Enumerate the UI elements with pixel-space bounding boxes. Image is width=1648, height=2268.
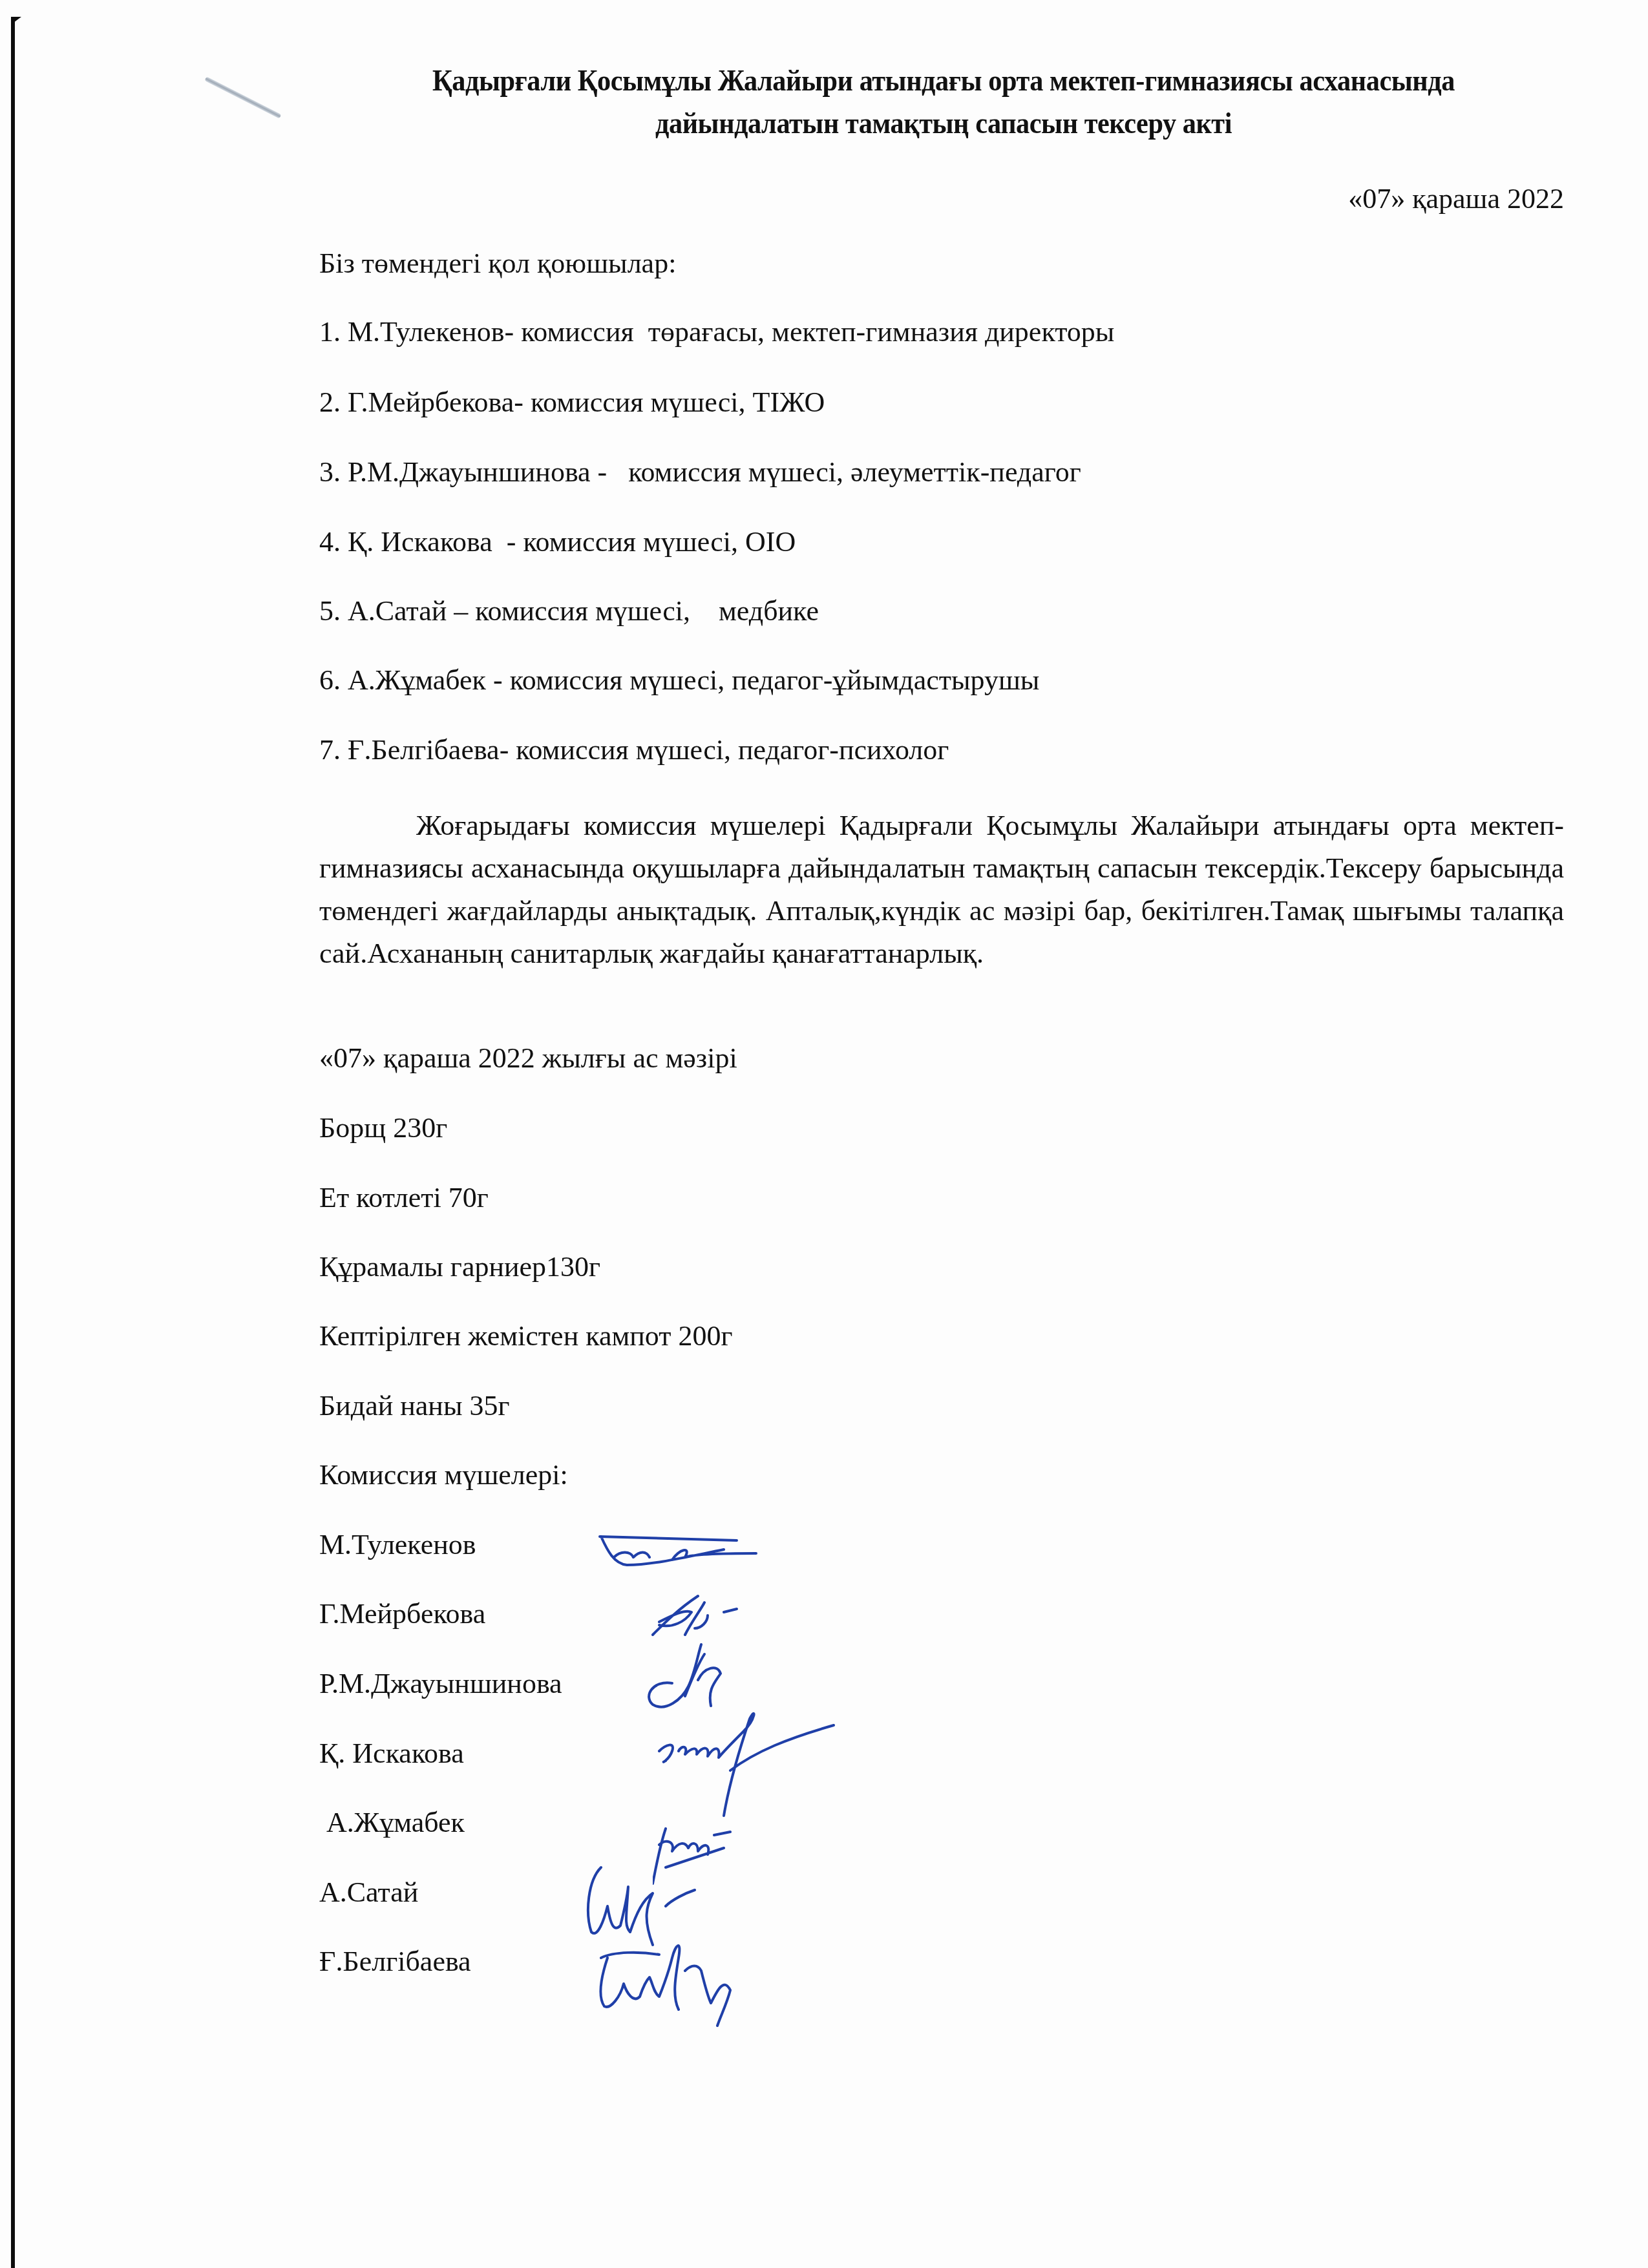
- signatory-name: Р.М.Джауыншинова: [319, 1667, 562, 1700]
- scan-border-line: [11, 18, 15, 2268]
- member-item: 7. Ғ.Белгібаева- комиссия мүшесі, педаго…: [319, 733, 949, 766]
- member-item: 2. Г.Мейрбекова- комиссия мүшесі, ТІЖО: [319, 386, 825, 419]
- menu-item: Ет котлеті 70г: [319, 1181, 489, 1214]
- scanned-page: Қадырғали Қосымұлы Жалайыри атындағы орт…: [0, 0, 1648, 2268]
- intro-text: Біз төмендегі қол қоюшылар:: [319, 247, 676, 280]
- signatures-heading: Комиссия мүшелері:: [319, 1458, 568, 1491]
- document-date: «07» қараша 2022: [1348, 182, 1564, 215]
- scan-corner-mark: [11, 17, 21, 25]
- document-title-line-1: Қадырғали Қосымұлы Жалайыри атындағы орт…: [355, 63, 1532, 98]
- member-item: 5. А.Сатай – комиссия мүшесі, медбике: [319, 594, 819, 627]
- signatory-name: Г.Мейрбекова: [319, 1597, 485, 1630]
- member-item: 4. Қ. Искакова - комиссия мүшесі, ОІО: [319, 525, 796, 558]
- menu-item: Құрамалы гарниер130г: [319, 1250, 600, 1283]
- member-item: 1. М.Тулекенов- комиссия төрағасы, мекте…: [319, 315, 1114, 348]
- signature-belgibaeva: [588, 1932, 756, 2032]
- member-item: 3. Р.М.Джауыншинова - комиссия мүшесі, ә…: [319, 456, 1081, 488]
- signature-iskakova: [646, 1706, 853, 1825]
- signature-dzhauynshinova: [637, 1635, 734, 1716]
- menu-item: Кептірілген жемістен кампот 200г: [319, 1319, 733, 1352]
- staple-icon: [204, 76, 281, 118]
- menu-item: Бидай наны 35г: [319, 1389, 510, 1422]
- member-item: 6. А.Жұмабек - комиссия мүшесі, педагог-…: [319, 664, 1039, 697]
- signatory-name: Ғ.Белгібаева: [319, 1945, 471, 1978]
- inspection-paragraph: Жоғарыдағы комиссия мүшелері Қадырғали Қ…: [319, 804, 1564, 975]
- signatory-name: М.Тулекенов: [319, 1528, 476, 1561]
- signatory-name: А.Сатай: [319, 1876, 418, 1909]
- menu-title: «07» қараша 2022 жылғы ас мәзірі: [319, 1042, 737, 1075]
- signatory-name: А.Жұмабек: [319, 1806, 465, 1839]
- signatory-name: Қ. Искакова: [319, 1737, 464, 1770]
- document-title-line-2: дайындалатын тамақтың сапасын тексеру ак…: [355, 106, 1532, 140]
- signature-tulekenov: [595, 1531, 763, 1580]
- menu-item: Борщ 230г: [319, 1111, 447, 1144]
